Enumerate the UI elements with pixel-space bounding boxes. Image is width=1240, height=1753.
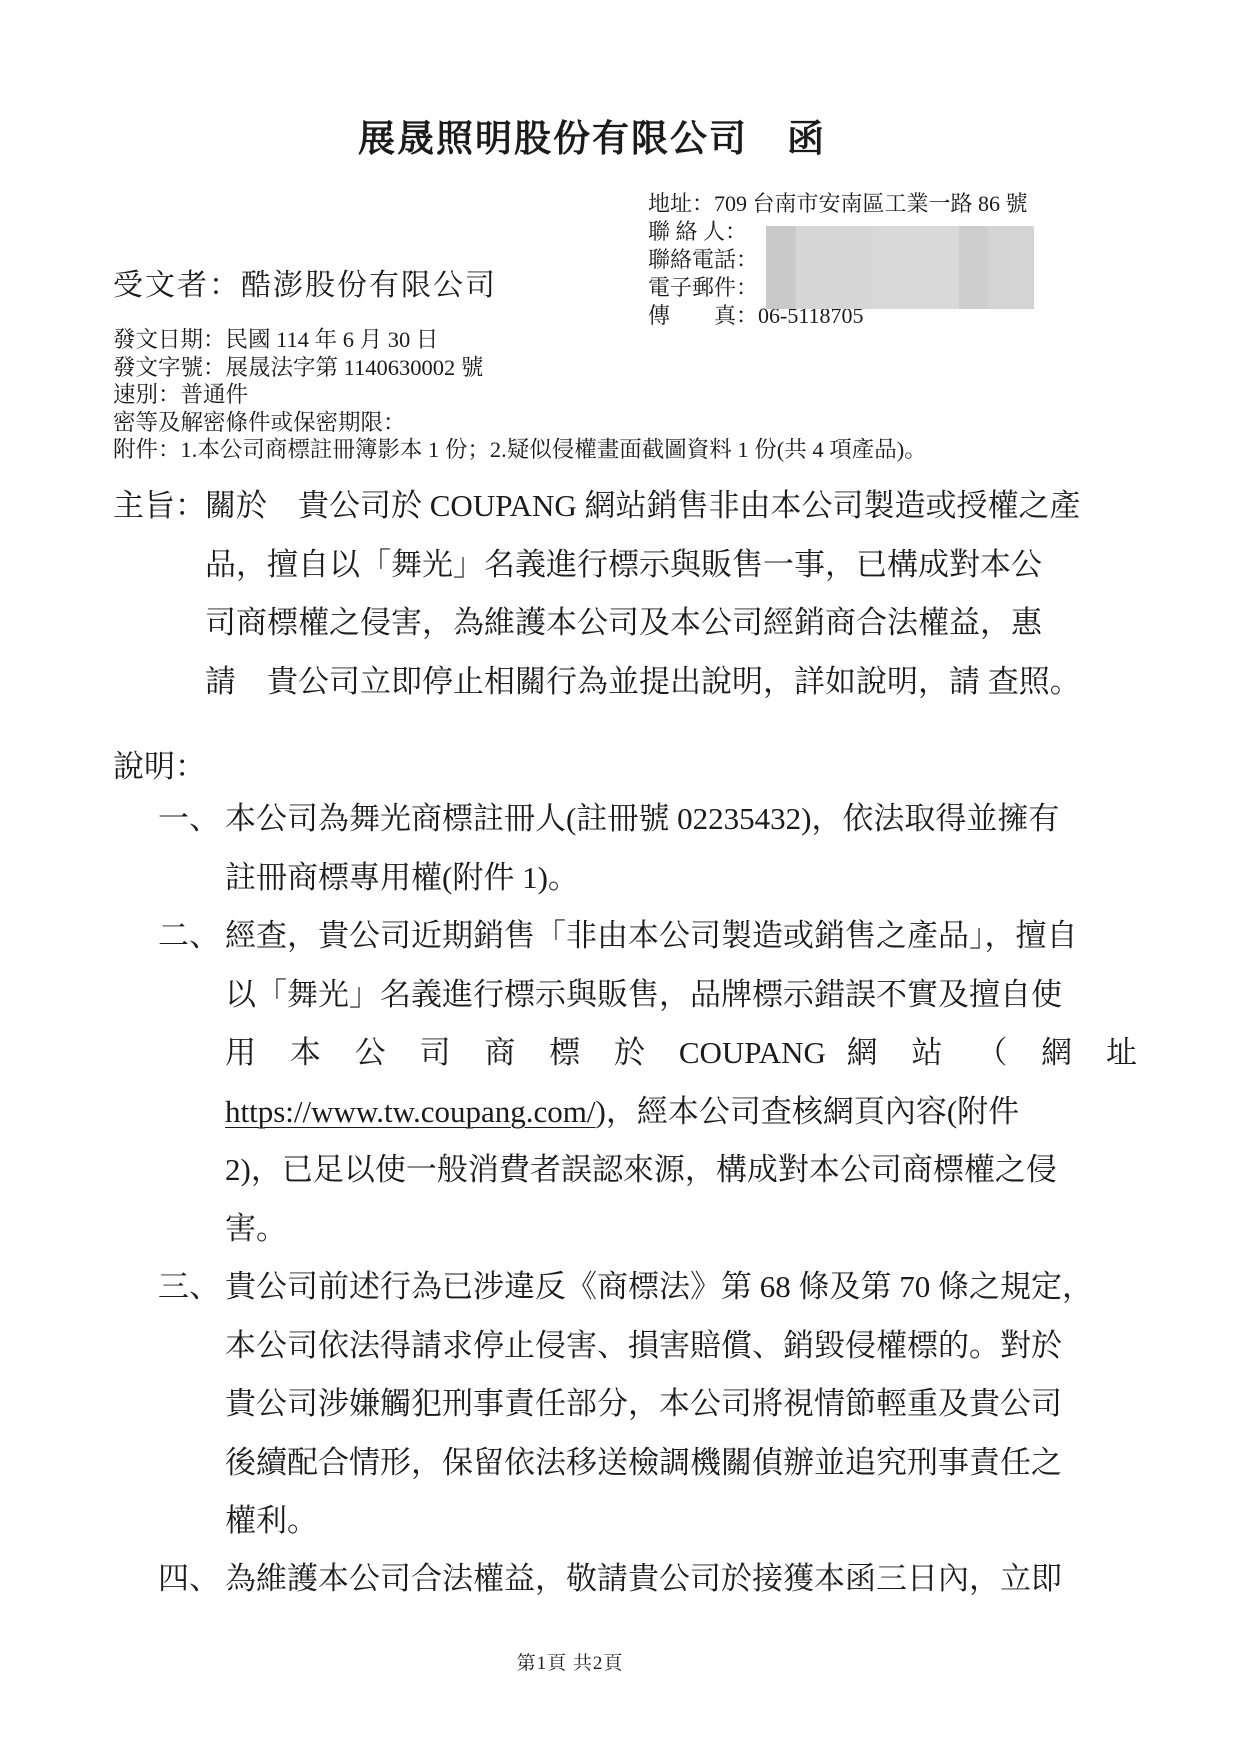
subject-line: 請 貴公司立即停止相關行為並提出說明，詳如說明，請 查照。 bbox=[205, 653, 1137, 712]
item-line: 本公司依法得請求停止侵害、損害賠償、銷毀侵權標的。對於 bbox=[225, 1317, 1137, 1376]
item-line: 權利。 bbox=[225, 1492, 1137, 1551]
sender-address-line: 地址：709 台南市安南區工業一路 86 號 bbox=[648, 190, 1128, 218]
address-label: 地址： bbox=[648, 191, 714, 216]
item-number: 三、 bbox=[158, 1258, 220, 1317]
contact-person-label: 聯 絡 人： bbox=[648, 219, 747, 244]
recipient-label: 受文者： bbox=[113, 269, 241, 302]
meta-block: 發文日期：民國 114 年 6 月 30 日 發文字號：展晟法字第 114063… bbox=[113, 326, 1133, 464]
address-value: 709 台南市安南區工業一路 86 號 bbox=[714, 191, 1028, 216]
item-line: 2)，已足以使一般消費者誤認來源，構成對本公司商標權之侵 bbox=[225, 1141, 1137, 1200]
item-line-justified: 用 本 公 司 商 標 於 COUPANG 網 站 （ 網 址 bbox=[225, 1024, 1137, 1083]
subject-line: 關於 貴公司於 COUPANG 網站銷售非由本公司製造或授權之產 bbox=[205, 477, 1137, 536]
reference-number-line: 發文字號：展晟法字第 1140630002 號 bbox=[113, 354, 1133, 382]
item-line: 貴公司前述行為已涉違反《商標法》第 68 條及第 70 條之規定， bbox=[225, 1258, 1137, 1317]
issue-date-line: 發文日期：民國 114 年 6 月 30 日 bbox=[113, 326, 1133, 354]
attachments-line: 附件：1.本公司商標註冊簿影本 1 份；2.疑似侵權畫面截圖資料 1 份(共 4… bbox=[113, 436, 1133, 464]
item-line: 貴公司涉嫌觸犯刑事責任部分，本公司將視情節輕重及貴公司 bbox=[225, 1375, 1137, 1434]
item-line: 本公司為舞光商標註冊人(註冊號 02235432)，依法取得並擁有 bbox=[225, 790, 1137, 849]
delivery-speed-line: 速別：普通件 bbox=[113, 381, 1133, 409]
item-line: 經查，貴公司近期銷售「非由本公司製造或銷售之產品」，擅自 bbox=[225, 907, 1137, 966]
page-indicator: 第1頁 共2頁 bbox=[460, 1648, 680, 1675]
subject-line: 司商標權之侵害，為維護本公司及本公司經銷商合法權益，惠 bbox=[205, 594, 1137, 653]
document-title: 展晟照明股份有限公司 函 bbox=[358, 108, 826, 162]
item-line: 以「舞光」名義進行標示與販售，品牌標示錯誤不實及擅自使 bbox=[225, 966, 1137, 1025]
explanation-item-3: 三、 貴公司前述行為已涉違反《商標法》第 68 條及第 70 條之規定， 本公司… bbox=[158, 1258, 1148, 1551]
email-label: 電子郵件： bbox=[648, 275, 758, 300]
item-line: 後續配合情形，保留依法移送檢調機關偵辦並追究刑事責任之 bbox=[225, 1434, 1137, 1493]
subject-line: 品，擅自以「舞光」名義進行標示與販售一事，已構成對本公 bbox=[205, 536, 1137, 595]
item-line: 害。 bbox=[225, 1200, 1137, 1259]
explanation-item-4: 四、 為維護本公司合法權益，敬請貴公司於接獲本函三日內，立即 bbox=[158, 1550, 1148, 1609]
coupang-url: https://www.tw.coupang.com/ bbox=[225, 1094, 596, 1129]
subject-label: 主旨： bbox=[113, 477, 206, 536]
recipient-line: 受文者：酷澎股份有限公司 bbox=[113, 260, 497, 304]
explanation-item-2: 二、 經查，貴公司近期銷售「非由本公司製造或銷售之產品」，擅自 以「舞光」名義進… bbox=[158, 907, 1148, 1258]
contact-phone-label: 聯絡電話： bbox=[648, 247, 758, 272]
recipient-value: 酷澎股份有限公司 bbox=[241, 269, 497, 302]
item-line: 註冊商標專用權(附件 1)。 bbox=[225, 849, 1137, 908]
scanned-letter-page: 展晟照明股份有限公司 函 地址：709 台南市安南區工業一路 86 號 聯 絡 … bbox=[0, 0, 1240, 1753]
explanation-item-1: 一、 本公司為舞光商標註冊人(註冊號 02235432)，依法取得並擁有 註冊商… bbox=[158, 790, 1148, 907]
redaction-box bbox=[766, 226, 1034, 309]
item-line-with-url: https://www.tw.coupang.com/)，經本公司查核網頁內容(… bbox=[225, 1083, 1137, 1142]
item-number: 二、 bbox=[158, 907, 220, 966]
fax-label: 傳 真： bbox=[648, 303, 758, 328]
item-line: 為維護本公司合法權益，敬請貴公司於接獲本函三日內，立即 bbox=[225, 1550, 1137, 1609]
item-line-url-rest: )，經本公司查核網頁內容(附件 bbox=[596, 1094, 1020, 1129]
item-number: 一、 bbox=[158, 790, 220, 849]
security-classification-line: 密等及解密條件或保密期限： bbox=[113, 409, 1133, 437]
subject-text: 關於 貴公司於 COUPANG 網站銷售非由本公司製造或授權之產 品，擅自以「舞… bbox=[205, 477, 1137, 711]
item-number: 四、 bbox=[158, 1550, 220, 1609]
explanation-label: 說明： bbox=[113, 738, 206, 797]
